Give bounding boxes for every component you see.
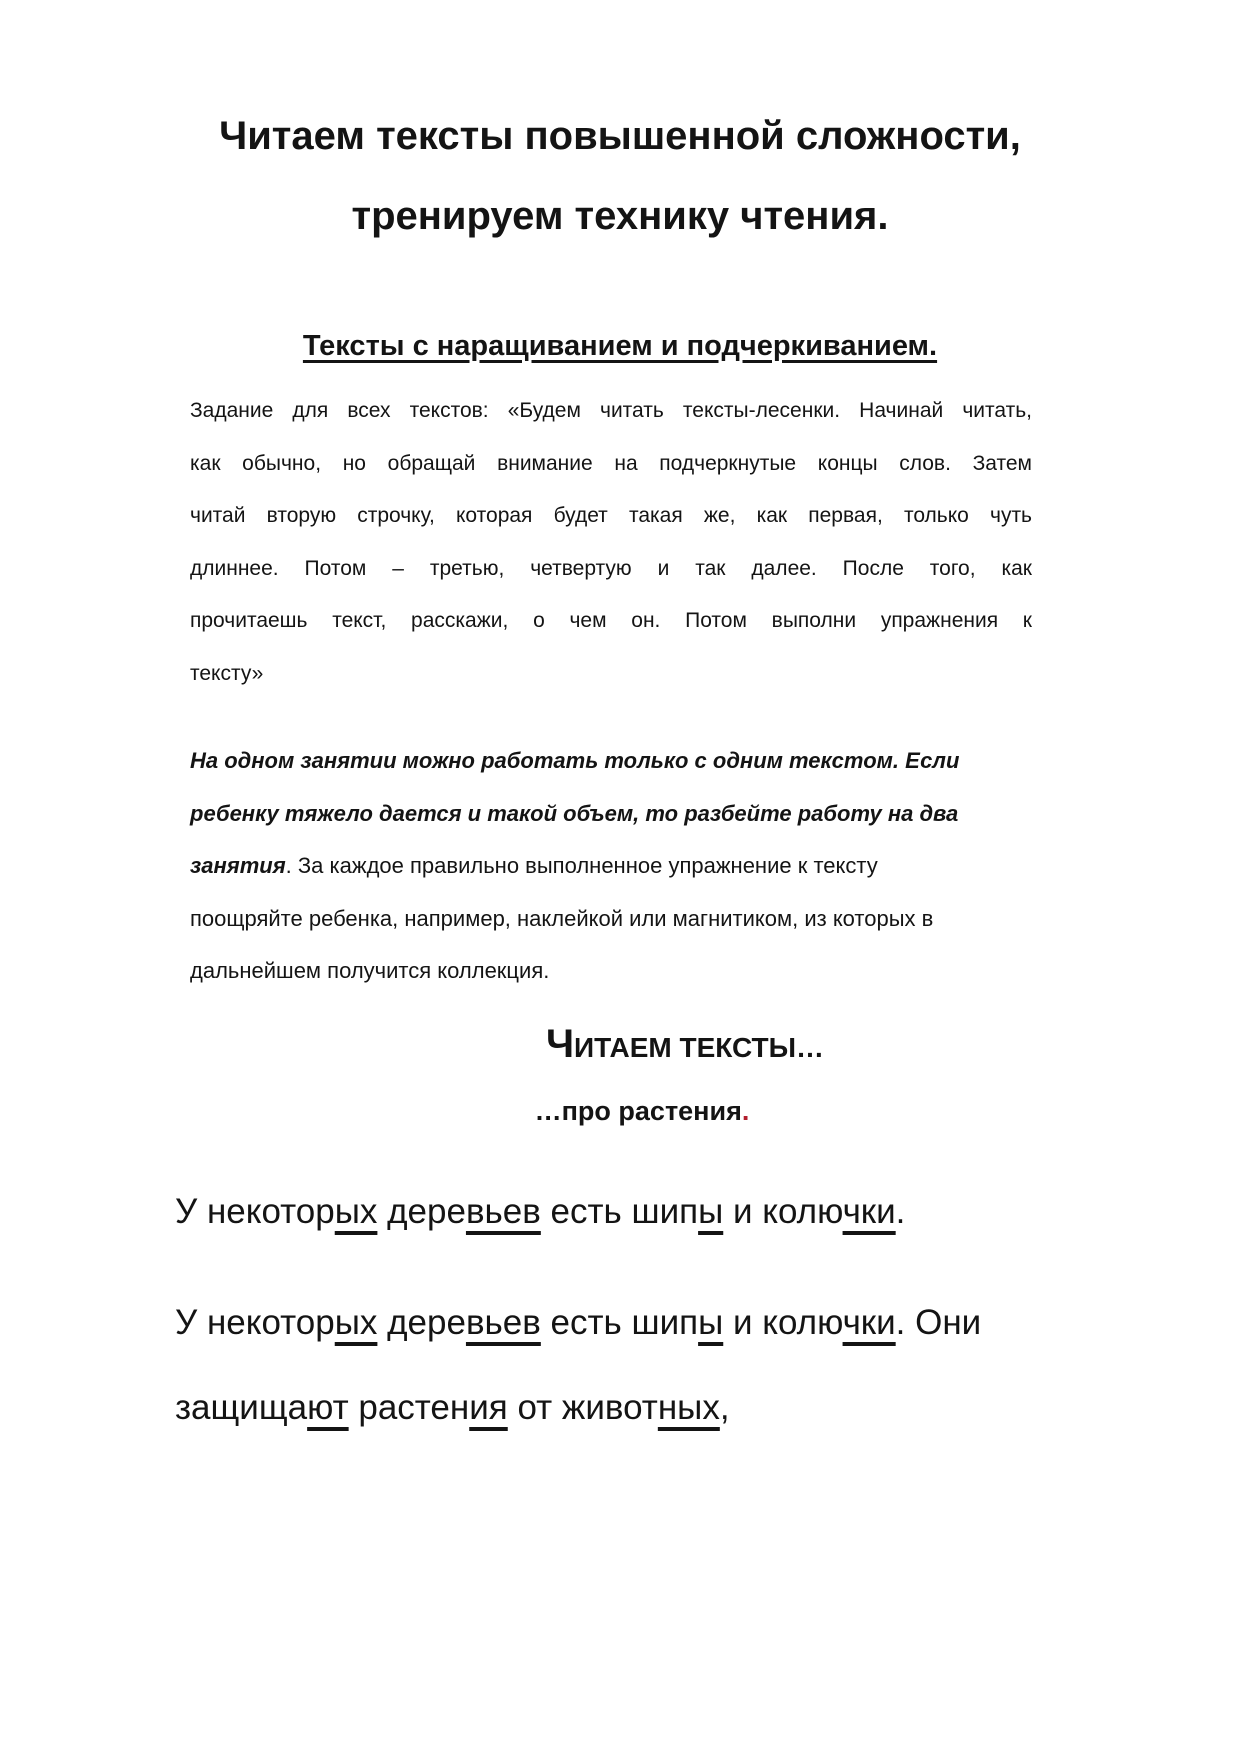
underlined-ending: чки [843, 1303, 896, 1342]
text-line: ребенку тяжело дается и такой объем, то … [190, 788, 1070, 841]
plain-text: растен [349, 1388, 470, 1427]
text-line: занятия. За каждое правильно выполненное… [190, 840, 1070, 893]
plain-text: от живот [508, 1388, 658, 1427]
text-line: как обычно, но обращай внимание на подче… [190, 438, 1032, 491]
document-page: Читаем тексты повышенной сложности, трен… [0, 0, 1240, 1754]
plain-text: защища [175, 1388, 307, 1427]
text-line: читай вторую строчку, которая будет така… [190, 490, 1032, 543]
plain-text: У некотор [175, 1303, 335, 1342]
text-line: прочитаешь текст, расскажи, о чем он. По… [190, 595, 1032, 648]
page-title-line-2: тренируем технику чтения. [0, 176, 1240, 256]
ladder-text-1: У некоторых деревьев есть шипы и колючки… [175, 1190, 1195, 1234]
plain-text: есть шип [541, 1192, 698, 1231]
plain-text: дере [377, 1303, 466, 1342]
section-heading-dropcap: Ч [546, 1022, 574, 1066]
plain-text: . [896, 1192, 906, 1231]
underlined-ending: чки [843, 1192, 896, 1231]
text-line: У некоторых деревьев есть шипы и колючки… [175, 1190, 1195, 1234]
text-line: защищают растения от животных, [175, 1365, 1195, 1450]
ladder-text-2: У некоторых деревьев есть шипы и колючки… [175, 1280, 1195, 1450]
document-subtitle: Тексты с наращиванием и подчеркиванием. [0, 330, 1240, 363]
text-line: У некоторых деревьев есть шипы и колючки… [175, 1280, 1195, 1365]
underlined-ending: ных [658, 1388, 720, 1427]
plain-text: дере [377, 1192, 466, 1231]
text-line: дальнейшем получится коллекция. [190, 945, 1070, 998]
text-line: На одном занятии можно работать только с… [190, 735, 1070, 788]
section-heading: ЧИТАЕМ ТЕКСТЫ… [65, 1020, 1240, 1077]
plain-text: , [720, 1388, 730, 1427]
plain-text: . Они [896, 1303, 982, 1342]
plain-text: дальнейшем получится коллекция. [190, 958, 549, 983]
plain-text: и колю [723, 1303, 842, 1342]
text-line: длиннее. Потом – третью, четвертую и так… [190, 543, 1032, 596]
subsection-heading: …про растения. [22, 1096, 1240, 1127]
plain-text: . За каждое правильно выполненное упражн… [286, 853, 878, 878]
text-line: поощряйте ребенка, например, наклейкой и… [190, 893, 1070, 946]
plain-text: есть шип [541, 1303, 698, 1342]
underlined-ending: ы [698, 1303, 723, 1342]
emphasis-text: занятия [190, 853, 286, 878]
underlined-ending: ют [307, 1388, 349, 1427]
emphasis-text: На одном занятии можно работать только с… [190, 748, 959, 773]
page-title: Читаем тексты повышенной сложности, трен… [0, 96, 1240, 256]
instruction-paragraph: Задание для всех текстов: «Будем читать … [190, 385, 1032, 700]
subsection-heading-red-period: . [742, 1096, 750, 1126]
emphasis-text: ребенку тяжело дается и такой объем, то … [190, 801, 958, 826]
underlined-ending: ы [698, 1192, 723, 1231]
note-paragraph: На одном занятии можно работать только с… [190, 735, 1070, 998]
text-line: тексту» [190, 648, 1032, 701]
underlined-ending: ия [469, 1388, 508, 1427]
underlined-ending: вьев [466, 1303, 541, 1342]
underlined-ending: вьев [466, 1192, 541, 1231]
page-title-line-1: Читаем тексты повышенной сложности, [0, 96, 1240, 176]
underlined-ending: ых [335, 1192, 378, 1231]
subsection-heading-text: …про растения [535, 1096, 742, 1126]
section-heading-text: ИТАЕМ ТЕКСТЫ… [574, 1032, 824, 1063]
underlined-ending: ых [335, 1303, 378, 1342]
text-line: Задание для всех текстов: «Будем читать … [190, 385, 1032, 438]
plain-text: У некотор [175, 1192, 335, 1231]
plain-text: поощряйте ребенка, например, наклейкой и… [190, 906, 933, 931]
plain-text: и колю [723, 1192, 842, 1231]
